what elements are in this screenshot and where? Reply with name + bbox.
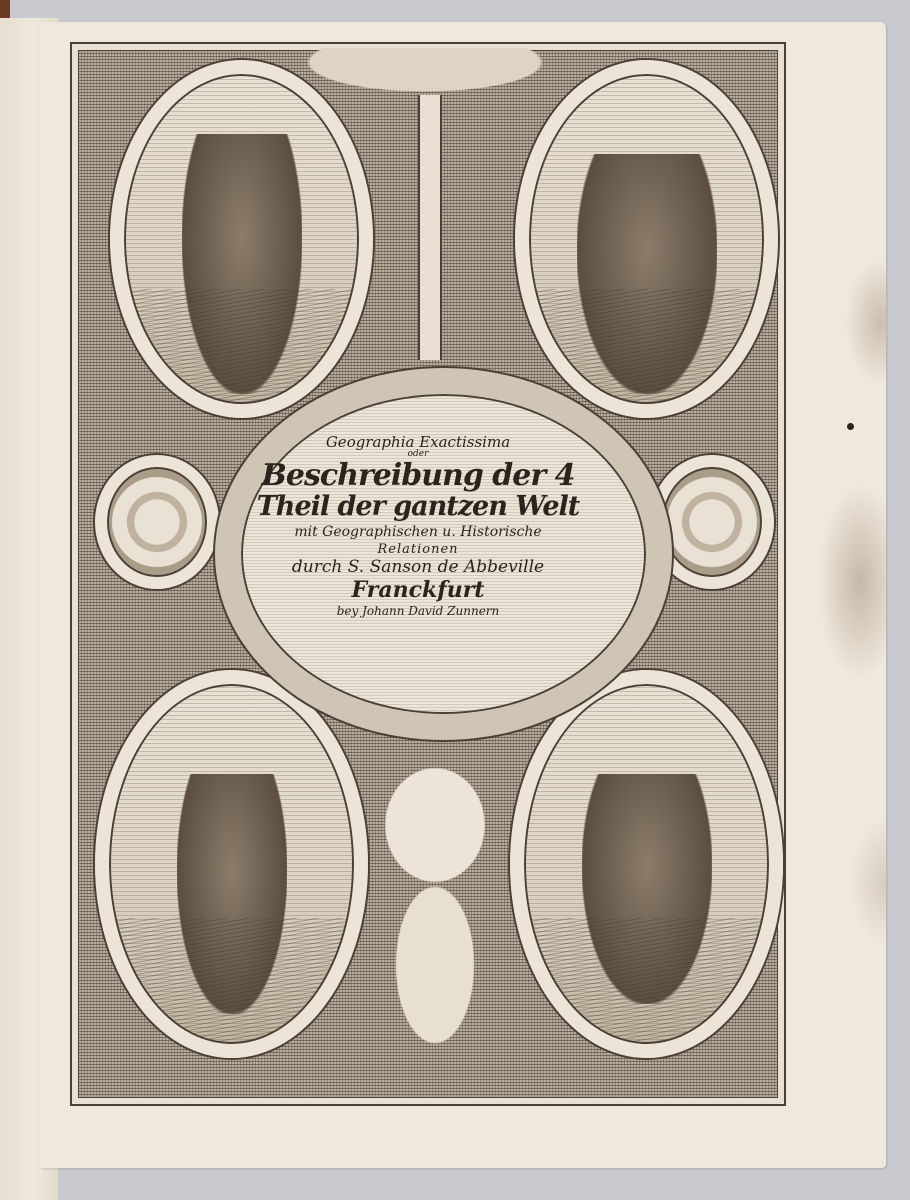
top-garland [290, 48, 560, 96]
author-line: durch S. Sanson de Abbeville [248, 559, 588, 576]
vignette-africa [95, 670, 368, 1058]
title-line-4: Theil der gantzen Welt [248, 493, 588, 520]
central-column [418, 95, 442, 360]
title-block: Geographia Exactissima oder Beschreibung… [248, 435, 588, 617]
vignette-asia [515, 60, 778, 418]
place-line: Franckfurt [248, 579, 588, 601]
pinhole [847, 423, 854, 430]
vignette-europe [110, 60, 373, 418]
publisher-line: bey Johann David Zunnern [248, 605, 588, 617]
title-line-6: Relationen [248, 543, 588, 556]
title-line-3: Beschreibung der 4 [248, 461, 588, 491]
vignette-america [510, 670, 783, 1058]
acanthus-ornament [360, 735, 510, 1065]
binding-corner [0, 0, 10, 18]
left-scroll-ornament [95, 455, 219, 589]
title-line-1: Geographia Exactissima [248, 435, 588, 450]
title-line-5: mit Geographischen u. Historische [248, 525, 588, 539]
